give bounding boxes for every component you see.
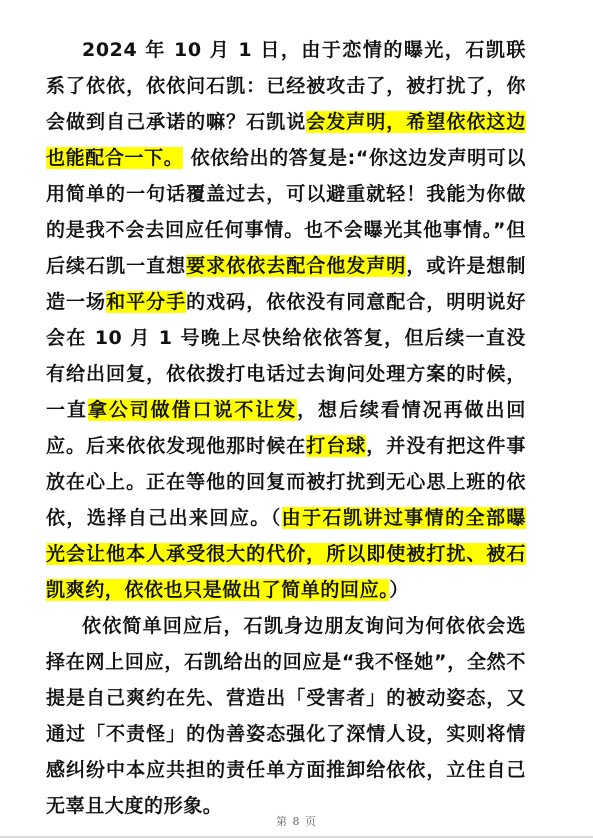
highlighted-text-segment: 拿公司做借口说不让发 xyxy=(88,399,297,421)
highlighted-text-segment: 打台球 xyxy=(306,435,366,457)
document-body: 2024 年 10 月 1 日，由于恋情的曝光，石凯联系了依依，依依问石凯：已经… xyxy=(46,32,526,824)
page-number: 第 8 页 xyxy=(0,813,593,829)
highlighted-text-segment: 和平分手 xyxy=(106,291,186,313)
text-segment: ） xyxy=(389,579,409,601)
paragraph-2: 依依简单回应后，石凯身边朋友询问为何依依会选择在网上回应，石凯给出的回应是“我不… xyxy=(46,608,526,824)
paragraph-1: 2024 年 10 月 1 日，由于恋情的曝光，石凯联系了依依，依依问石凯：已经… xyxy=(46,32,526,608)
text-segment: 依依简单回应后，石凯身边朋友询问为何依依会选择在网上回应，石凯给出的回应是“我不… xyxy=(46,615,526,817)
document-page: 2024 年 10 月 1 日，由于恋情的曝光，石凯联系了依依，依依问石凯：已经… xyxy=(0,0,593,838)
highlighted-text-segment: 要求依依去配合他发声明 xyxy=(186,255,406,277)
